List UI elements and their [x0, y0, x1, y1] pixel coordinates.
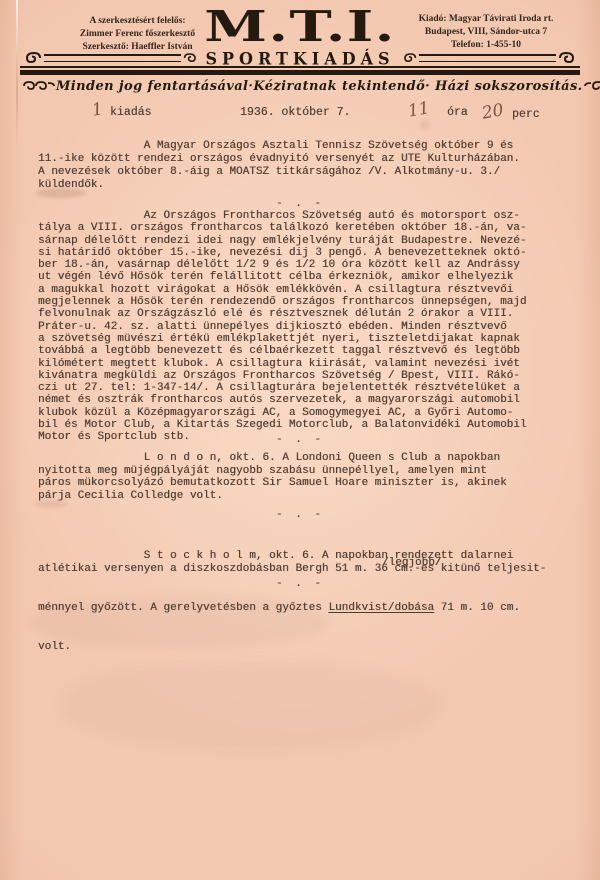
divider-rule-thick: [20, 70, 580, 75]
sportkiadas-band: SPORTKIADÁS: [22, 50, 578, 66]
section-separator: - . -: [0, 434, 600, 446]
scroll-ornament-icon: [583, 79, 600, 93]
mti-logo: M.T.I.: [204, 2, 395, 51]
minute-handwritten: 20: [480, 100, 505, 123]
band-rule: [419, 54, 556, 62]
scroll-ornament-icon: [22, 51, 42, 65]
edition-label: kiadás: [110, 106, 151, 119]
edition-number-handwritten: 1: [90, 99, 104, 121]
minute-label: perc: [512, 108, 540, 121]
hour-label: óra: [447, 106, 468, 119]
scroll-ornament-icon: [183, 51, 199, 65]
divider-rule-thin: [20, 66, 580, 68]
stockholm-lines: S t o c k h o l m, okt. 6. A napokban re…: [38, 550, 582, 576]
sportkiadas-title: SPORTKIADÁS: [201, 48, 398, 68]
publisher-line: Budapest, VIII, Sándor-utca 7: [386, 26, 586, 39]
issue-date: 1936. október 7.: [240, 106, 350, 119]
section-separator: - . -: [0, 509, 600, 521]
underlined-correction-target: Lundkvist/dobása: [328, 602, 434, 614]
section-separator: - . -: [0, 198, 600, 210]
publisher-block: Kiadó: Magyar Távirati Iroda rt. Budapes…: [386, 13, 586, 52]
band-rule: [44, 54, 181, 62]
publisher-line: Kiadó: Magyar Távirati Iroda rt.: [386, 13, 586, 26]
stockholm-line-3: ménnyel győzött. A gerelyvetésben a győz…: [38, 602, 582, 615]
scanned-page: A szerkesztésért felelős: Zimmer Ferenc …: [0, 0, 600, 880]
stockholm-line-4: volt.: [38, 641, 582, 654]
rights-banner: Minden jog fentartásával·Kéziratnak teki…: [22, 77, 578, 95]
scroll-ornament-icon: [22, 79, 56, 93]
article-table-tennis: A Magyar Országos Asztali Tennisz Szövet…: [38, 140, 582, 192]
dateline: 1 kiadás 1936. október 7. 11 óra 20 perc: [0, 104, 600, 130]
hour-handwritten: 11: [406, 98, 431, 121]
typed-correction-insertion: /legjobb/: [382, 557, 441, 569]
article-stockholm-athletics: S t o c k h o l m, okt. 6. A napokban re…: [38, 524, 582, 680]
rights-text: Minden jog fentartásával·Kéziratnak teki…: [56, 79, 583, 94]
article-london-ice-rink: L o n d o n, okt. 6. A Londoni Queen s C…: [38, 452, 582, 502]
article-frontharcos-tour: Az Országos Frontharcos Szövetség autó é…: [38, 210, 582, 444]
scroll-ornament-icon: [558, 51, 578, 65]
section-separator: - . -: [0, 578, 600, 590]
scroll-ornament-icon: [401, 51, 417, 65]
